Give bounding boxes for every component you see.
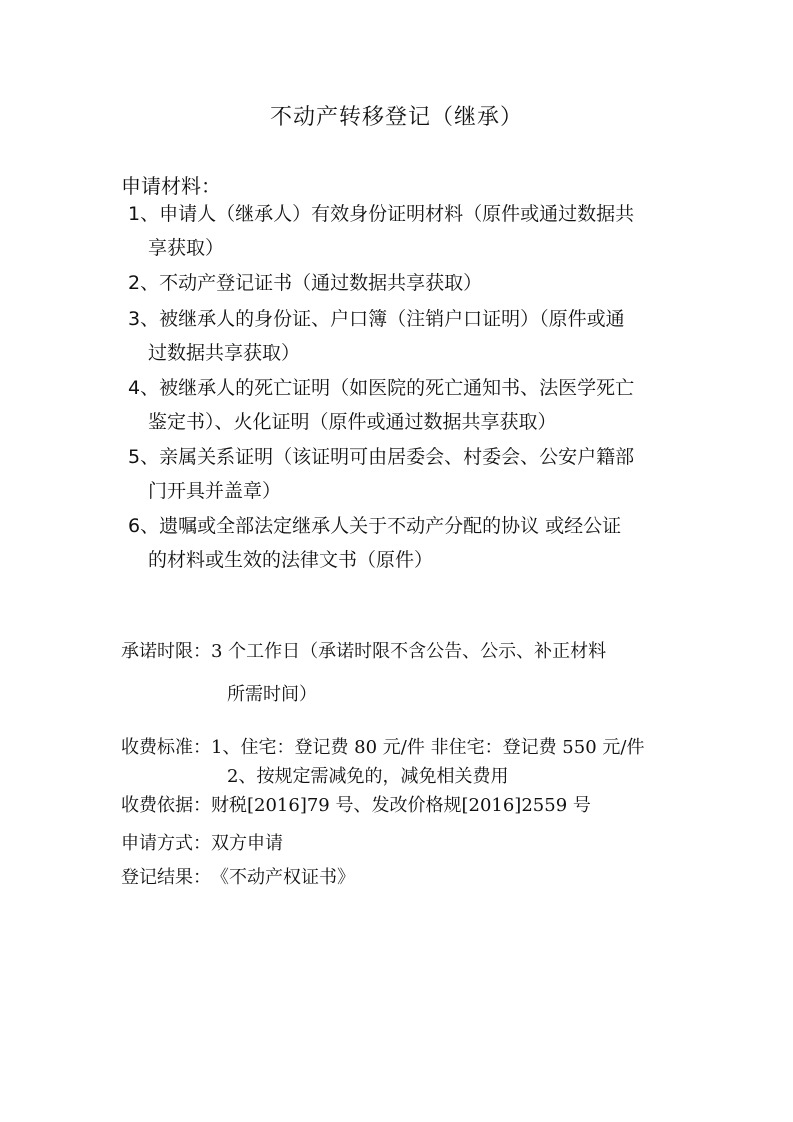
item-text: 申请人（继承人）有效身份证明材料（原件或通过数据共: [159, 203, 634, 225]
item-text-continued: 门开具并盖章）: [128, 474, 708, 508]
fee-basis-row: 收费依据：财税[2016]79 号、发改价格规[2016]2559 号: [121, 792, 591, 820]
document-page: 不动产转移登记（继承） 申请材料： 1、申请人（继承人）有效身份证明材料（原件或…: [0, 0, 793, 1122]
item-text-continued: 过数据共享获取）: [128, 336, 708, 370]
page-title: 不动产转移登记（继承）: [0, 100, 793, 131]
item-text-continued: 的材料或生效的法律文书（原件）: [128, 543, 708, 577]
fee-standard-line-2: 2、按规定需减免的，减免相关费用: [227, 762, 508, 788]
material-item-6: 6、遗嘱或全部法定继承人关于不动产分配的协议 或经公证 的材料或生效的法律文书（…: [128, 509, 708, 577]
item-text: 亲属关系证明（该证明可由居委会、村委会、公安户籍部: [159, 446, 634, 468]
apply-method-value: 双方申请: [211, 833, 283, 854]
item-text-continued: 享获取）: [128, 231, 708, 265]
material-item-3: 3、被继承人的身份证、户口簿（注销户口证明）（原件或通 过数据共享获取）: [128, 302, 708, 370]
item-number: 2、: [128, 272, 159, 294]
promise-row: 承诺时限：3 个工作日（承诺时限不含公告、公示、补正材料: [121, 638, 606, 666]
item-number: 3、: [128, 308, 159, 330]
fee-basis-label: 收费依据：: [121, 792, 211, 820]
fee-basis-value: 财税[2016]79 号、发改价格规[2016]2559 号: [211, 795, 591, 816]
item-number: 6、: [128, 515, 159, 537]
item-number: 1、: [128, 203, 159, 225]
result-value: 《不动产权证书》: [211, 867, 355, 888]
item-text: 不动产登记证书（通过数据共享获取）: [159, 272, 482, 294]
fee-standard-line-1: 1、住宅：登记费 80 元/件 非住宅：登记费 550 元/件: [211, 737, 644, 758]
materials-heading: 申请材料：: [121, 170, 221, 199]
item-text: 被继承人的身份证、户口簿（注销户口证明）（原件或通: [159, 308, 625, 330]
promise-value: 3 个工作日（承诺时限不含公告、公示、补正材料: [211, 641, 606, 662]
promise-label: 承诺时限：: [121, 638, 211, 666]
item-number: 4、: [128, 377, 159, 399]
fee-standard-row: 收费标准：1、住宅：登记费 80 元/件 非住宅：登记费 550 元/件: [121, 734, 644, 762]
item-text-continued: 鉴定书）、火化证明（原件或通过数据共享获取）: [128, 405, 708, 439]
apply-method-label: 申请方式：: [121, 830, 211, 858]
result-row: 登记结果：《不动产权证书》: [121, 864, 355, 892]
item-text: 被继承人的死亡证明（如医院的死亡通知书、法医学死亡: [159, 377, 634, 399]
item-number: 5、: [128, 446, 159, 468]
fee-standard-label: 收费标准：: [121, 734, 211, 762]
material-item-1: 1、申请人（继承人）有效身份证明材料（原件或通过数据共 享获取）: [128, 197, 708, 265]
material-item-2: 2、不动产登记证书（通过数据共享获取）: [128, 266, 708, 300]
material-item-5: 5、亲属关系证明（该证明可由居委会、村委会、公安户籍部 门开具并盖章）: [128, 440, 708, 508]
material-item-4: 4、被继承人的死亡证明（如医院的死亡通知书、法医学死亡 鉴定书）、火化证明（原件…: [128, 371, 708, 439]
result-label: 登记结果：: [121, 864, 211, 892]
promise-value-continued: 所需时间）: [227, 680, 317, 706]
apply-method-row: 申请方式：双方申请: [121, 830, 283, 858]
item-text: 遗嘱或全部法定继承人关于不动产分配的协议 或经公证: [159, 515, 621, 537]
